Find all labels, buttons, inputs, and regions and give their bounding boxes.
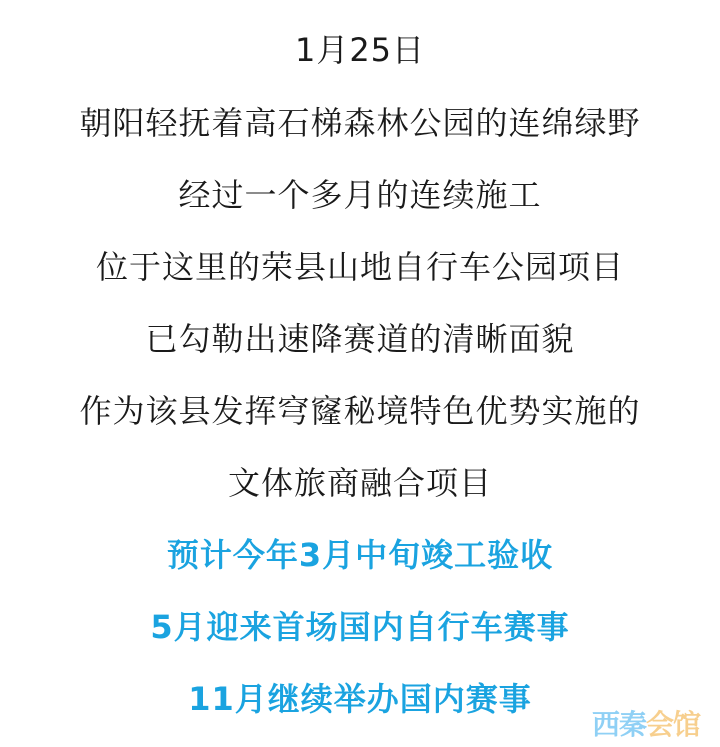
text-line: 朝阳轻抚着高石梯森林公园的连绵绿野 — [0, 103, 720, 143]
date-line: 1月25日 — [0, 30, 720, 70]
text-line: 经过一个多月的连续施工 — [0, 175, 720, 215]
highlight-line: 预计今年3月中旬竣工验收 — [0, 535, 720, 575]
text-line: 位于这里的荣县山地自行车公园项目 — [0, 247, 720, 287]
watermark-part-1: 西秦 — [592, 708, 646, 741]
text-line: 作为该县发挥穹窿秘境特色优势实施的 — [0, 391, 720, 431]
highlight-line: 5月迎来首场国内自行车赛事 — [0, 607, 720, 647]
text-line: 文体旅商融合项目 — [0, 463, 720, 503]
text-line: 已勾勒出速降赛道的清晰面貌 — [0, 319, 720, 359]
watermark-part-2: 会馆 — [646, 708, 700, 741]
watermark-logo: 西秦会馆 — [592, 708, 700, 742]
